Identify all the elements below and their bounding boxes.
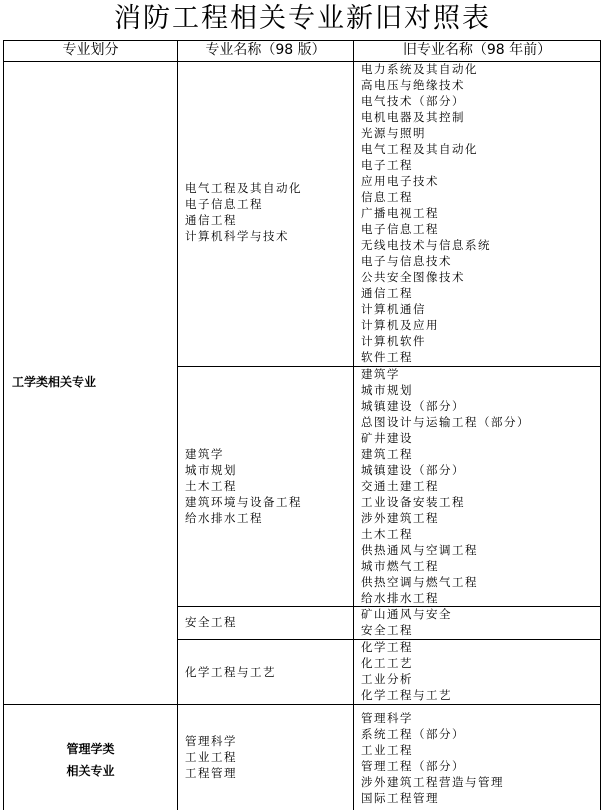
list-item: 化学工程 xyxy=(361,639,452,655)
list-item: 供热空调与燃气工程 xyxy=(361,574,530,590)
list-item: 应用电子技术 xyxy=(361,173,491,189)
list-item: 城镇建设（部分） xyxy=(361,462,530,478)
old-majors-list: 电力系统及其自动化 高电压与绝缘技术 电气技术（部分） 电机电器及其控制 光源与… xyxy=(361,61,491,365)
list-item: 计算机及应用 xyxy=(361,317,491,333)
old-majors-list: 建筑学 城市规划 城镇建设（部分） 总图设计与运输工程（部分） 矿井建设 建筑工… xyxy=(361,366,530,606)
category-label-management: 管理学类 相关专业 xyxy=(4,738,177,782)
list-item: 化工工艺 xyxy=(361,655,452,671)
list-item: 电子与信息技术 xyxy=(361,253,491,269)
list-item: 国际工程管理 xyxy=(361,790,504,806)
list-item: 软件工程 xyxy=(361,349,491,365)
list-item: 矿井建设 xyxy=(361,430,530,446)
list-item: 建筑环境与设备工程 xyxy=(185,494,302,510)
list-item: 计算机通信 xyxy=(361,301,491,317)
table-left-border xyxy=(3,40,4,810)
new-majors-list: 安全工程 xyxy=(185,614,237,630)
list-item: 公共安全图像技术 xyxy=(361,269,491,285)
list-item: 管理科学 xyxy=(361,710,504,726)
list-item: 计算机软件 xyxy=(361,333,491,349)
list-item: 电力系统及其自动化 xyxy=(361,61,491,77)
list-item: 系统工程（部分） xyxy=(361,726,504,742)
list-item: 工业设备安装工程 xyxy=(361,494,530,510)
list-item: 计算机科学与技术 xyxy=(185,228,302,244)
list-item: 化学工程与工艺 xyxy=(361,687,452,703)
list-item: 工业工程 xyxy=(185,749,237,765)
header-category: 专业划分 xyxy=(4,40,177,61)
list-item: 涉外建筑工程营造与管理 xyxy=(361,774,504,790)
list-item: 总图设计与运输工程（部分） xyxy=(361,414,530,430)
new-majors-list: 管理科学 工业工程 工程管理 xyxy=(185,733,237,781)
list-item: 管理工程（部分） xyxy=(361,758,504,774)
list-item: 管理科学 xyxy=(185,733,237,749)
list-item: 电子工程 xyxy=(361,157,491,173)
list-item: 土木工程 xyxy=(185,478,302,494)
list-item: 高电压与绝缘技术 xyxy=(361,77,491,93)
column-divider-2 xyxy=(353,40,354,810)
new-majors-list: 建筑学 城市规划 土木工程 建筑环境与设备工程 给水排水工程 xyxy=(185,446,302,526)
list-item: 建筑工程 xyxy=(361,446,530,462)
list-item: 无线电技术与信息系统 xyxy=(361,237,491,253)
list-item: 城市规划 xyxy=(361,382,530,398)
category-label-engineering: 工学类相关专业 xyxy=(12,374,96,390)
new-majors-list: 化学工程与工艺 xyxy=(185,664,276,680)
list-item: 化学工程与工艺 xyxy=(185,664,276,680)
list-item: 矿山通风与安全 xyxy=(361,606,452,622)
header-new-major: 专业名称（98 版） xyxy=(178,40,353,61)
list-item: 城市规划 xyxy=(185,462,302,478)
table-right-border xyxy=(600,40,601,810)
old-majors-list: 化学工程 化工工艺 工业分析 化学工程与工艺 xyxy=(361,639,452,703)
header-old-major: 旧专业名称（98 年前） xyxy=(354,40,600,61)
list-item: 给水排水工程 xyxy=(185,510,302,526)
list-item: 城市燃气工程 xyxy=(361,558,530,574)
list-item: 给水排水工程 xyxy=(361,590,530,606)
list-item: 安全工程 xyxy=(185,614,237,630)
category-label-line: 管理学类 xyxy=(4,738,177,760)
list-item: 光源与照明 xyxy=(361,125,491,141)
page-title: 消防工程相关专业新旧对照表 xyxy=(0,0,605,38)
list-item: 通信工程 xyxy=(185,212,302,228)
list-item: 安全工程 xyxy=(361,622,452,638)
header-bottom-border xyxy=(3,61,601,62)
list-item: 建筑学 xyxy=(185,446,302,462)
new-majors-list: 电气工程及其自动化 电子信息工程 通信工程 计算机科学与技术 xyxy=(185,180,302,244)
list-item: 电气工程及其自动化 xyxy=(185,180,302,196)
list-item: 交通土建工程 xyxy=(361,478,530,494)
list-item: 供热通风与空调工程 xyxy=(361,542,530,558)
list-item: 通信工程 xyxy=(361,285,491,301)
category-divider xyxy=(3,704,601,705)
old-majors-list: 管理科学 系统工程（部分） 工业工程 管理工程（部分） 涉外建筑工程营造与管理 … xyxy=(361,710,504,806)
list-item: 工业工程 xyxy=(361,742,504,758)
old-majors-list: 矿山通风与安全 安全工程 xyxy=(361,606,452,638)
column-divider-1 xyxy=(177,40,178,810)
list-item: 电气技术（部分） xyxy=(361,93,491,109)
list-item: 电子信息工程 xyxy=(361,221,491,237)
list-item: 电气工程及其自动化 xyxy=(361,141,491,157)
category-label-line: 相关专业 xyxy=(4,760,177,782)
list-item: 建筑学 xyxy=(361,366,530,382)
list-item: 工程管理 xyxy=(185,765,237,781)
list-item: 电子信息工程 xyxy=(185,196,302,212)
list-item: 广播电视工程 xyxy=(361,205,491,221)
list-item: 土木工程 xyxy=(361,526,530,542)
list-item: 工业分析 xyxy=(361,671,452,687)
list-item: 电机电器及其控制 xyxy=(361,109,491,125)
list-item: 涉外建筑工程 xyxy=(361,510,530,526)
list-item: 城镇建设（部分） xyxy=(361,398,530,414)
list-item: 信息工程 xyxy=(361,189,491,205)
